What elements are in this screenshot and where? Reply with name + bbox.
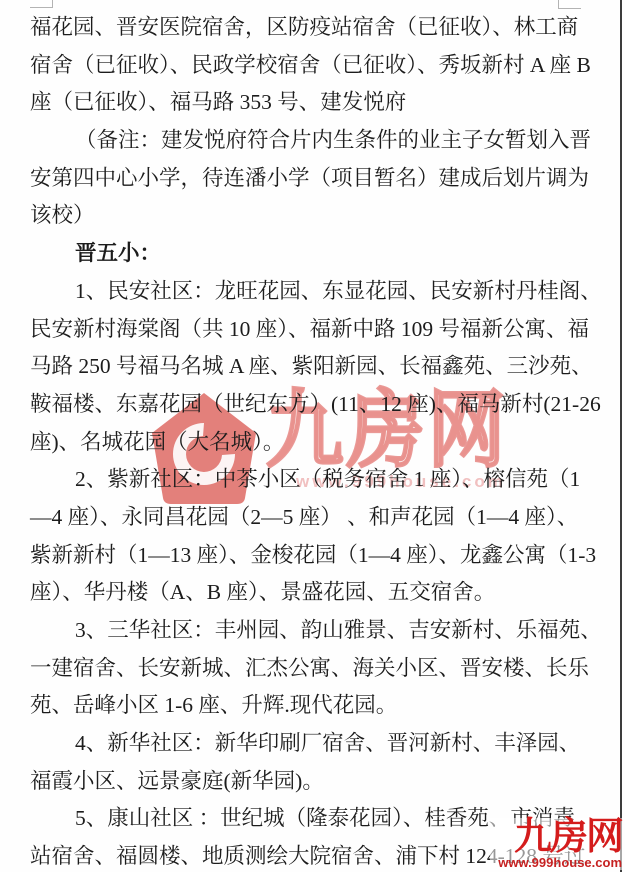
text-line: 该校） <box>30 197 592 235</box>
text-line: 福霞小区、远景豪庭(新华园)。 <box>30 763 592 801</box>
text-line: 4、新华社区：新华印刷厂宿舍、晋河新村、丰泽园、 <box>30 725 592 763</box>
text-line: 紫新新村（1—13 座）、金梭花园（1—4 座）、龙鑫公寓（1-3 <box>30 537 592 575</box>
text-line: 鞍福楼、东嘉花园（世纪东方）(11、12 座)、福马新村(21-26 <box>30 386 592 424</box>
text-boundary-mark-right <box>558 0 581 9</box>
text-line: 一建宿舍、长安新城、汇杰公寓、海关小区、晋安楼、长乐 <box>30 650 592 688</box>
text-line: 福花园、晋安医院宿舍，区防疫站宿舍（已征收）、林工商 <box>30 9 592 47</box>
text-line: 座（已征收）、福马路 353 号、建发悦府 <box>30 84 592 122</box>
text-line: —4 座）、永同昌花园（2—5 座） 、和声花园（1—4 座）、 <box>30 499 592 537</box>
page-right-edge <box>620 0 622 872</box>
site-logo-url-text: www.999house.com <box>490 856 622 870</box>
site-logo-brand-text: 九房网 <box>490 818 622 856</box>
section-heading: 晋五小： <box>30 235 592 273</box>
text-line: 3、三华社区：丰州园、韵山雅景、吉安新村、乐福苑、 <box>30 612 592 650</box>
text-line: 民安新村海棠阁（共 10 座）、福新中路 109 号福新公寓、福 <box>30 311 592 349</box>
text-line: 宿舍（已征收）、民政学校宿舍（已征收）、秀坂新村 A 座 B <box>30 47 592 85</box>
text-line: 座）、华丹楼（A、B 座）、景盛花园、五交宿舍。 <box>30 574 592 612</box>
text-line: 2、紫新社区：中茶小区（税务宿舍 1 座）、榕信苑（1 <box>30 461 592 499</box>
text-line: 1、民安社区：龙旺花园、东显花园、民安新村丹桂阁、 <box>30 273 592 311</box>
text-line: （备注：建发悦府符合片内生条件的业主子女暂划入晋 <box>30 122 592 160</box>
text-line: 马路 250 号福马名城 A 座、紫阳新园、长福鑫苑、三沙苑、 <box>30 348 592 386</box>
text-line: 苑、岳峰小区 1-6 座、升辉.现代花园。 <box>30 687 592 725</box>
text-line: 座)、名城花园（大名城）。 <box>30 424 592 462</box>
text-line: 安第四中心小学，待连潘小学（项目暂名）建成后划片调为 <box>30 160 592 198</box>
text-boundary-mark-left <box>30 0 53 8</box>
document-page: 九房网 www.999house.com 福花园、晋安医院宿舍，区防疫站宿舍（已… <box>0 0 625 872</box>
site-logo: 九房网 www.999house.com <box>490 818 622 870</box>
document-text: 福花园、晋安医院宿舍，区防疫站宿舍（已征收）、林工商 宿舍（已征收）、民政学校宿… <box>30 9 592 872</box>
